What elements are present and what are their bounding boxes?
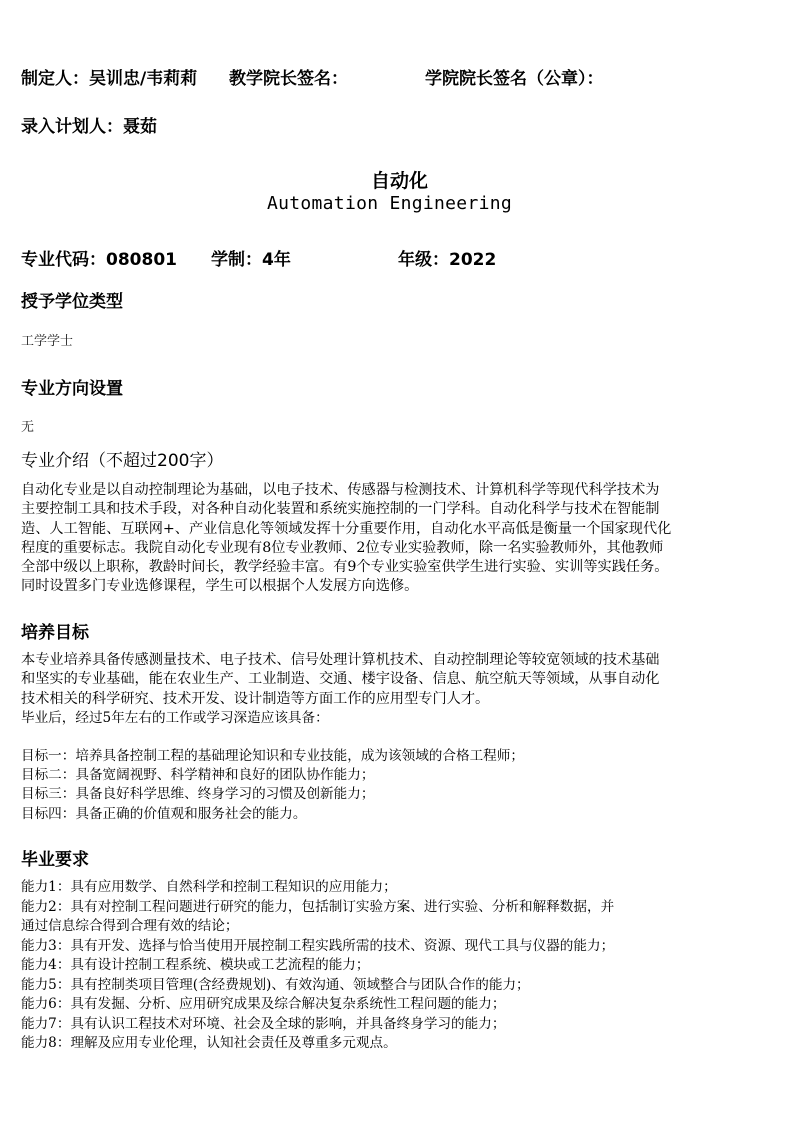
grade-year: 年级：2022 — [398, 245, 496, 270]
section-title-intro: 专业介绍（不超过200字） — [21, 446, 223, 471]
major-title-english: Automation Engineering — [0, 193, 779, 214]
intro-line: 自动化专业是以自动控制理论为基础，以电子技术、传感器与检测技术、计算机科学等现代… — [21, 481, 791, 500]
entry-person-label: 录入计划人：聂茹 — [21, 117, 157, 137]
requirement-item: 能力5：具有控制类项目管理(含经费规划)、有效沟通、领域整合与团队合作的能力； — [21, 976, 614, 996]
goal-item: 目标二：具备宽阔视野、科学精神和良好的团队协作能力； — [21, 766, 524, 785]
requirement-item: 能力1：具有应用数学、自然科学和控制工程知识的应用能力； — [21, 878, 614, 898]
teaching-dean-signature-label: 教学院长签名： — [229, 69, 348, 89]
section-title-objectives: 培养目标 — [21, 618, 89, 643]
major-code: 专业代码：080801 — [21, 245, 177, 270]
goal-item: 目标三：具备良好科学思维、终身学习的习惯及创新能力； — [21, 785, 524, 804]
requirement-item: 通过信息综合得到合理有效的结论； — [21, 917, 614, 937]
objectives-paragraph: 本专业培养具备传感测量技术、电子技术、信号处理计算机技术、自动控制理论等较宽领域… — [21, 651, 791, 728]
requirement-item: 能力3：具有开发、选择与恰当使用开展控制工程实践所需的技术、资源、现代工具与仪器… — [21, 937, 614, 957]
section-title-requirements: 毕业要求 — [21, 845, 89, 870]
requirement-item: 能力7：具有认识工程技术对环境、社会及全球的影响，并具备终身学习的能力； — [21, 1015, 614, 1035]
goals-list: 目标一：培养具备控制工程的基础理论知识和专业技能，成为该领域的合格工程师； 目标… — [21, 747, 524, 824]
degree-value: 工学学士 — [21, 330, 73, 349]
requirement-item: 能力2：具有对控制工程问题进行研究的能力，包括制订实验方案、进行实验、分析和解释… — [21, 898, 614, 918]
major-title-chinese: 自动化 — [0, 166, 799, 193]
goal-item: 目标四：具备正确的价值观和服务社会的能力。 — [21, 805, 524, 824]
intro-line: 造、人工智能、互联网+、产业信息化等领域发挥十分重要作用，自动化水平高低是衡量一… — [21, 520, 791, 539]
section-title-direction: 专业方向设置 — [21, 374, 123, 399]
direction-value: 无 — [21, 416, 34, 435]
section-title-degree: 授予学位类型 — [21, 287, 123, 312]
intro-line: 主要控制工具和技术手段，对各种自动化装置和系统实施控制的一门学科。自动化科学与技… — [21, 500, 791, 519]
objectives-line: 本专业培养具备传感测量技术、电子技术、信号处理计算机技术、自动控制理论等较宽领域… — [21, 651, 791, 670]
objectives-line: 毕业后，经过5年左右的工作或学习深造应该具备： — [21, 709, 791, 728]
author-label: 制定人：吴训忠/韦莉莉 — [21, 69, 197, 89]
objectives-line: 技术相关的科学研究、技术开发、设计制造等方面工作的应用型专门人才。 — [21, 690, 791, 709]
requirement-item: 能力4：具有设计控制工程系统、模块或工艺流程的能力； — [21, 956, 614, 976]
study-duration: 学制：4年 — [211, 245, 291, 270]
intro-line: 全部中级以上职称，教龄时间长，教学经验丰富。有9个专业实验室供学生进行实验、实训… — [21, 558, 791, 577]
requirements-list: 能力1：具有应用数学、自然科学和控制工程知识的应用能力； 能力2：具有对控制工程… — [21, 878, 614, 1054]
goal-item: 目标一：培养具备控制工程的基础理论知识和专业技能，成为该领域的合格工程师； — [21, 747, 524, 766]
intro-line: 同时设置多门专业选修课程，学生可以根据个人发展方向选修。 — [21, 577, 791, 596]
intro-line: 程度的重要标志。我院自动化专业现有8位专业教师、2位专业实验教师，除一名实验教师… — [21, 539, 791, 558]
college-dean-signature-label: 学院院长签名（公章）： — [425, 69, 604, 89]
intro-paragraph: 自动化专业是以自动控制理论为基础，以电子技术、传感器与检测技术、计算机科学等现代… — [21, 481, 791, 597]
requirement-item: 能力6：具有发掘、分析、应用研究成果及综合解决复杂系统性工程问题的能力； — [21, 995, 614, 1015]
objectives-line: 和坚实的专业基础，能在农业生产、工业制造、交通、楼宇设备、信息、航空航天等领域，… — [21, 670, 791, 689]
requirement-item: 能力8：理解及应用专业伦理，认知社会责任及尊重多元观点。 — [21, 1034, 614, 1054]
